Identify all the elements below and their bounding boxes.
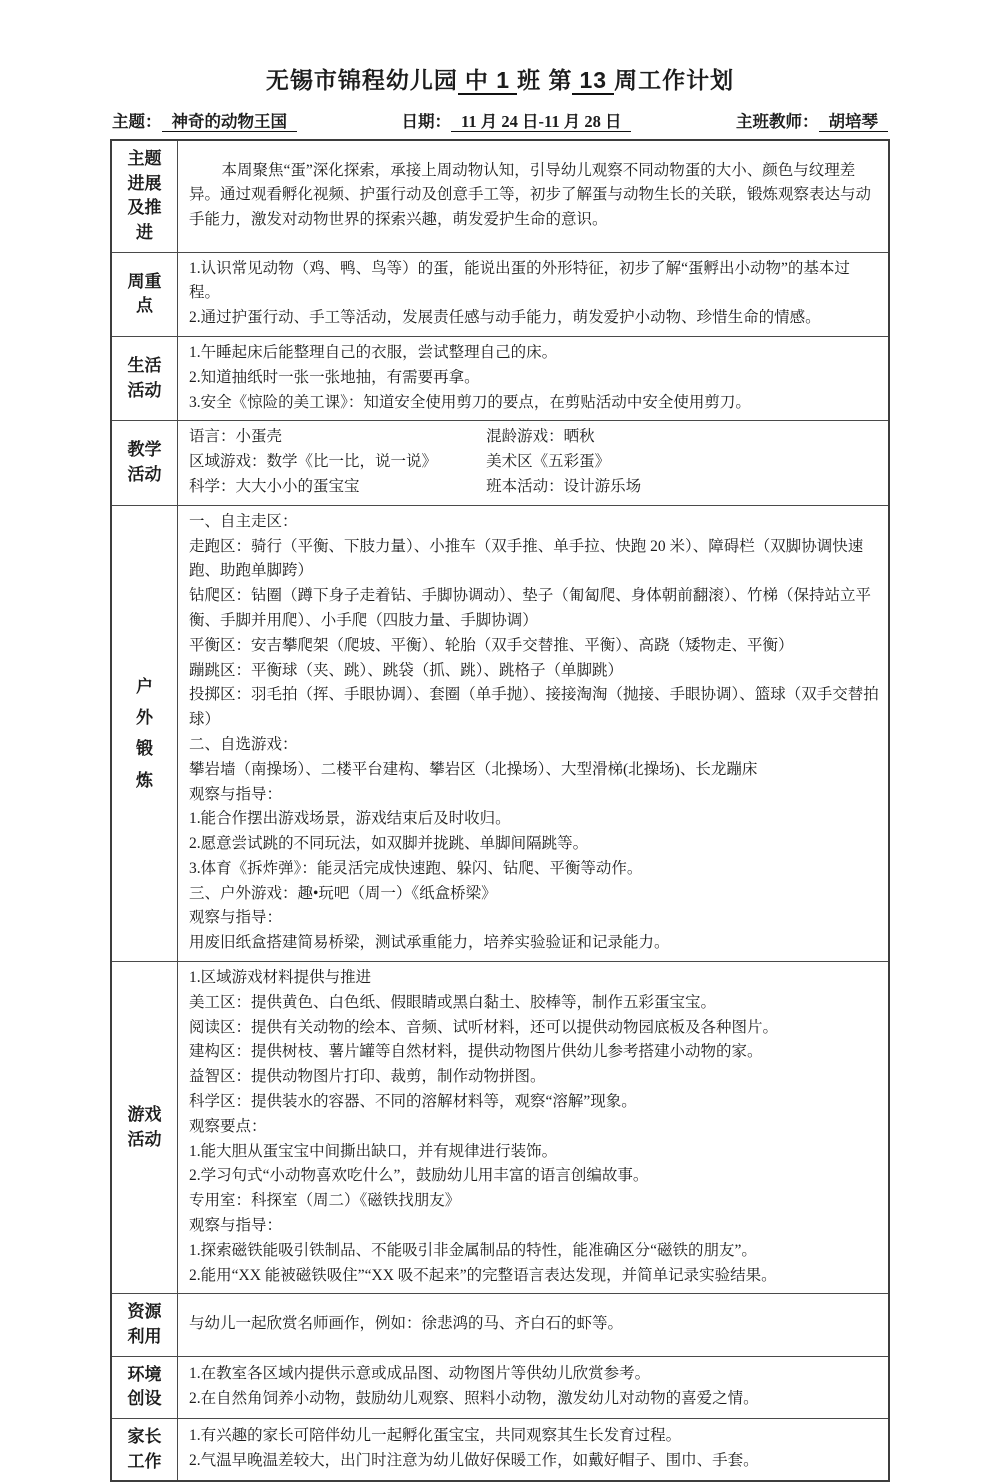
text-line: 美术区《五彩蛋》 <box>486 450 880 475</box>
text-line: 1.能大胆从蛋宝宝中间撕出缺口，并有规律进行装饰。 <box>189 1140 880 1165</box>
row-life-activities-header: 生活活动 <box>112 337 178 420</box>
page-title: 无锡市锦程幼儿园中 1班 第13周工作计划 <box>110 62 890 95</box>
row-label: 游戏活动 <box>125 1103 163 1152</box>
row-life-activities-content: 1.午睡起床后能整理自己的衣服，尝试整理自己的床。2.知道抽纸时一张一张地抽，有… <box>178 337 888 420</box>
plan-table: 主题进展及推进 本周聚焦“蛋”深化探索，承接上周动物认知，引导幼儿观察不同动物蛋… <box>110 139 890 1482</box>
text-line: 2.气温早晚温差较大，出门时注意为幼儿做好保暖工作，如戴好帽子、围巾、手套。 <box>189 1449 880 1474</box>
text-line: 攀岩墙（南操场）、二楼平台建构、攀岩区（北操场）、大型滑梯(北操场)、长龙蹦床 <box>189 758 880 783</box>
title-part1: 无锡市锦程幼儿园 <box>266 67 458 93</box>
text-line: 3.体育《拆炸弹》：能灵活完成快速跑、躲闪、钻爬、平衡等动作。 <box>189 857 880 882</box>
text-line: 混龄游戏：晒秋 <box>486 425 880 450</box>
teacher-value: 胡培琴 <box>819 112 889 132</box>
text-line: 2.通过护蛋行动、手工等活动，发展责任感与动手能力，萌发爱护小动物、珍惜生命的情… <box>189 306 880 331</box>
date-field: 日期：11 月 24 日-11 月 28 日 <box>402 108 632 132</box>
text-line: 1.认识常见动物（鸡、鸭、鸟等）的蛋，能说出蛋的外形特征，初步了解“蛋孵出小动物… <box>189 257 880 307</box>
text-line: 美工区：提供黄色、白色纸、假眼睛或黑白黏土、胶棒等，制作五彩蛋宝宝。 <box>189 991 880 1016</box>
text-line: 二、自选游戏： <box>189 733 880 758</box>
text-line: 一、自主走区： <box>189 510 880 535</box>
row-teaching-activities-content: 语言：小蛋壳区域游戏：数学《比一比，说一说》科学：大大小小的蛋宝宝 混龄游戏：晒… <box>178 421 888 504</box>
row-label: 周重点 <box>125 270 163 319</box>
text-line: 专用室：科探室（周二）《磁铁找朋友》 <box>189 1189 880 1214</box>
document-page: 无锡市锦程幼儿园中 1班 第13周工作计划 主题：神奇的动物王国 日期：11 月… <box>0 0 1000 1414</box>
theme-field: 主题：神奇的动物王国 <box>112 108 297 132</box>
text-line: 观察与指导： <box>189 906 880 931</box>
row-outdoor-exercise-header: 户外锻炼 <box>112 506 178 961</box>
row-outdoor-exercise-content: 一、自主走区：走跑区：骑行（平衡、下肢力量）、小推车（双手推、单手拉、快跑 20… <box>178 506 888 961</box>
row-game-activities-header: 游戏活动 <box>112 962 178 1293</box>
row-label: 生活活动 <box>125 354 163 403</box>
row-game-activities: 游戏活动 1.区域游戏材料提供与推进美工区：提供黄色、白色纸、假眼睛或黑白黏土、… <box>112 961 888 1293</box>
theme-label: 主题： <box>112 112 162 131</box>
teaching-left-column: 语言：小蛋壳区域游戏：数学《比一比，说一说》科学：大大小小的蛋宝宝 <box>189 425 486 499</box>
text-line: 区域游戏：数学《比一比，说一说》 <box>189 450 486 475</box>
row-week-focus: 周重点 1.认识常见动物（鸡、鸭、鸟等）的蛋，能说出蛋的外形特征，初步了解“蛋孵… <box>112 252 888 336</box>
text-line: 1.在教室各区域内提供示意或成品图、动物图片等供幼儿欣赏参考。 <box>189 1362 880 1387</box>
text-line: 蹦跳区：平衡球（夹、跳）、跳袋（抓、跳）、跳格子（单脚跳） <box>189 659 880 684</box>
row-week-focus-header: 周重点 <box>112 253 178 336</box>
row-game-activities-content: 1.区域游戏材料提供与推进美工区：提供黄色、白色纸、假眼睛或黑白黏土、胶棒等，制… <box>178 962 888 1293</box>
row-environment-setup: 环境创设 1.在教室各区域内提供示意或成品图、动物图片等供幼儿欣赏参考。2.在自… <box>112 1356 888 1418</box>
row-parent-work: 家长工作 1.有兴趣的家长可陪伴幼儿一起孵化蛋宝宝，共同观察其生长发育过程。2.… <box>112 1418 888 1480</box>
text-line: 1.午睡起床后能整理自己的衣服，尝试整理自己的床。 <box>189 341 880 366</box>
row-teaching-activities-header: 教学活动 <box>112 421 178 504</box>
text-line: 2.学习句式“小动物喜欢吃什么”，鼓励幼儿用丰富的语言创编故事。 <box>189 1164 880 1189</box>
text-line: 科学区：提供装水的容器、不同的溶解材料等，观察“溶解”现象。 <box>189 1090 880 1115</box>
text-line: 阅读区：提供有关动物的绘本、音频、试听材料，还可以提供动物园底板及各种图片。 <box>189 1016 880 1041</box>
text-line: 1.能合作摆出游戏场景，游戏结束后及时收归。 <box>189 807 880 832</box>
text-line: 钻爬区：钻圈（蹲下身子走着钻、手脚协调动）、垫子（匍匐爬、身体朝前翻滚）、竹梯（… <box>189 584 880 634</box>
text-line: 与幼儿一起欣赏名师画作，例如：徐悲鸿的马、齐白石的虾等。 <box>189 1312 880 1337</box>
row-parent-work-header: 家长工作 <box>112 1419 178 1480</box>
row-label: 家长工作 <box>125 1425 163 1474</box>
text-line: 投掷区：羽毛拍（挥、手眼协调）、套圈（单手抛）、接接淘淘（抛接、手眼协调）、篮球… <box>189 683 880 733</box>
date-label: 日期： <box>402 112 452 131</box>
text-line: 观察要点： <box>189 1115 880 1140</box>
text-line: 3.安全《惊险的美工课》：知道安全使用剪刀的要点，在剪贴活动中安全使用剪刀。 <box>189 391 880 416</box>
text-line: 2.能用“XX 能被磁铁吸住”“XX 吸不起来”的完整语言表达发现，并简单记录实… <box>189 1264 880 1289</box>
date-value: 11 月 24 日-11 月 28 日 <box>451 112 631 132</box>
meta-row: 主题：神奇的动物王国 日期：11 月 24 日-11 月 28 日 主班教师：胡… <box>112 108 888 132</box>
text-line: 用废旧纸盒搭建简易桥梁，测试承重能力，培养实验验证和记录能力。 <box>189 931 880 956</box>
row-label: 教学活动 <box>125 438 163 487</box>
title-class-number: 中 1 <box>458 67 517 95</box>
row-resource-use-content: 与幼儿一起欣赏名师画作，例如：徐悲鸿的马、齐白石的虾等。 <box>178 1294 888 1355</box>
teaching-right-column: 混龄游戏：晒秋美术区《五彩蛋》班本活动：设计游乐场 <box>486 425 880 499</box>
text-line: 平衡区：安吉攀爬架（爬坡、平衡）、轮胎（双手交替推、平衡）、高跷（矮物走、平衡） <box>189 634 880 659</box>
text-line: 2.愿意尝试跳的不同玩法，如双脚并拢跳、单脚间隔跳等。 <box>189 832 880 857</box>
theme-value: 神奇的动物王国 <box>162 112 298 132</box>
text-line: 科学：大大小小的蛋宝宝 <box>189 475 486 500</box>
text-line: 班本活动：设计游乐场 <box>486 475 880 500</box>
text-line: 建构区：提供树枝、薯片罐等自然材料，提供动物图片供幼儿参考搭建小动物的家。 <box>189 1040 880 1065</box>
row-label: 主题进展及推进 <box>125 147 163 246</box>
row-resource-use-header: 资源利用 <box>112 1294 178 1355</box>
text-line: 2.知道抽纸时一张一张地抽，有需要再拿。 <box>189 366 880 391</box>
title-week-number: 13 <box>572 67 614 95</box>
teacher-label: 主班教师： <box>736 112 819 131</box>
text-line: 观察与指导： <box>189 1214 880 1239</box>
row-label: 资源利用 <box>125 1300 163 1349</box>
teacher-field: 主班教师：胡培琴 <box>736 108 888 132</box>
text-line: 1.探索磁铁能吸引铁制品、不能吸引非金属制品的特性，能准确区分“磁铁的朋友”。 <box>189 1239 880 1264</box>
row-teaching-activities: 教学活动 语言：小蛋壳区域游戏：数学《比一比，说一说》科学：大大小小的蛋宝宝 混… <box>112 420 888 504</box>
text-line: 走跑区：骑行（平衡、下肢力量）、小推车（双手推、单手拉、快跑 20 米）、障碍栏… <box>189 535 880 585</box>
row-label: 环境创设 <box>125 1363 163 1412</box>
text-line: 1.区域游戏材料提供与推进 <box>189 966 880 991</box>
teaching-two-columns: 语言：小蛋壳区域游戏：数学《比一比，说一说》科学：大大小小的蛋宝宝 混龄游戏：晒… <box>189 425 880 499</box>
text-line: 益智区：提供动物图片打印、裁剪，制作动物拼图。 <box>189 1065 880 1090</box>
row-outdoor-exercise: 户外锻炼 一、自主走区：走跑区：骑行（平衡、下肢力量）、小推车（双手推、单手拉、… <box>112 505 888 961</box>
paragraph: 本周聚焦“蛋”深化探索，承接上周动物认知，引导幼儿观察不同动物蛋的大小、颜色与纹… <box>189 159 880 233</box>
row-environment-setup-header: 环境创设 <box>112 1357 178 1418</box>
title-part3: 周工作计划 <box>614 67 734 93</box>
text-line: 2.在自然角饲养小动物，鼓励幼儿观察、照料小动物，激发幼儿对动物的喜爱之情。 <box>189 1387 880 1412</box>
text-line: 观察与指导： <box>189 783 880 808</box>
text-line: 1.有兴趣的家长可陪伴幼儿一起孵化蛋宝宝，共同观察其生长发育过程。 <box>189 1424 880 1449</box>
row-resource-use: 资源利用 与幼儿一起欣赏名师画作，例如：徐悲鸿的马、齐白石的虾等。 <box>112 1293 888 1355</box>
row-theme-progress-header: 主题进展及推进 <box>112 141 178 252</box>
row-label: 户外锻炼 <box>135 671 154 797</box>
title-part2: 班 第 <box>517 67 572 93</box>
text-line: 三、户外游戏：趣•玩吧（周一）《纸盒桥梁》 <box>189 882 880 907</box>
text-line: 语言：小蛋壳 <box>189 425 486 450</box>
row-life-activities: 生活活动 1.午睡起床后能整理自己的衣服，尝试整理自己的床。2.知道抽纸时一张一… <box>112 336 888 420</box>
row-parent-work-content: 1.有兴趣的家长可陪伴幼儿一起孵化蛋宝宝，共同观察其生长发育过程。2.气温早晚温… <box>178 1419 888 1480</box>
row-week-focus-content: 1.认识常见动物（鸡、鸭、鸟等）的蛋，能说出蛋的外形特征，初步了解“蛋孵出小动物… <box>178 253 888 336</box>
row-theme-progress: 主题进展及推进 本周聚焦“蛋”深化探索，承接上周动物认知，引导幼儿观察不同动物蛋… <box>112 141 888 252</box>
row-environment-setup-content: 1.在教室各区域内提供示意或成品图、动物图片等供幼儿欣赏参考。2.在自然角饲养小… <box>178 1357 888 1418</box>
row-theme-progress-content: 本周聚焦“蛋”深化探索，承接上周动物认知，引导幼儿观察不同动物蛋的大小、颜色与纹… <box>178 141 888 252</box>
